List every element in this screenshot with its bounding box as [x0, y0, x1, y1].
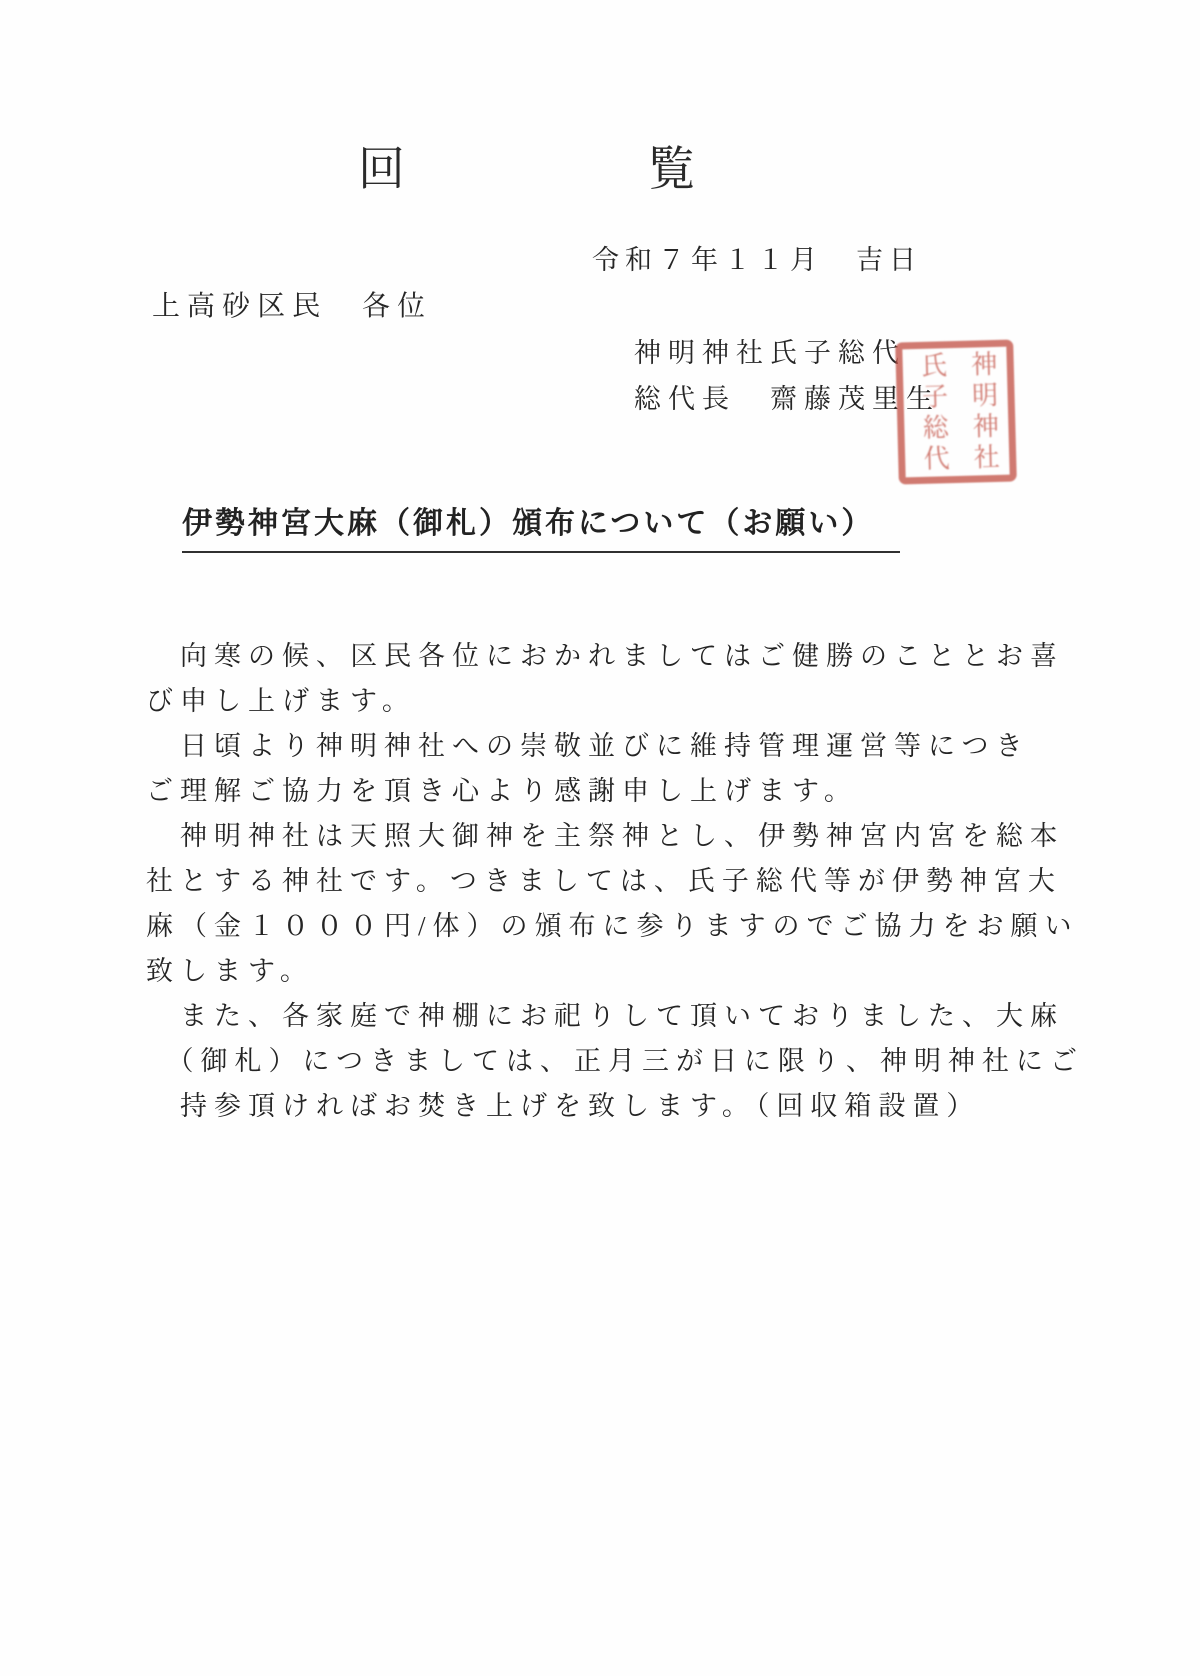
- body-line: 向寒の候、区民各位におかれましてはご健勝のこととお喜: [146, 634, 1086, 679]
- body-line: 日頃より神明神社への崇敬並びに維持管理運営等につき: [146, 724, 1086, 769]
- body-line: ご理解ご協力を頂き心より感謝申し上げます。: [146, 769, 1086, 814]
- document-title-text: 回 覧: [358, 144, 793, 196]
- body-line: 致します。: [146, 949, 1086, 994]
- sender-name: 総代長 齋藤茂里生: [634, 377, 940, 416]
- body-line: また、各家庭で神棚にお祀りして頂いておりました、大麻: [146, 994, 1086, 1039]
- subject-heading: 伊勢神宮大麻（御札）頒布について（お願い）: [182, 498, 900, 553]
- addressee-line: 上高砂区民 各位: [152, 284, 432, 324]
- scanned-circular-document: 回 覧 令和７年１１月 吉日 上高砂区民 各位 神明神社氏子総代 総代長 齋藤茂…: [0, 0, 1200, 1676]
- document-title: 回 覧: [358, 132, 793, 199]
- body-line: 麻（金１０００円/体）の頒布に参りますのでご協力をお願い: [146, 904, 1086, 949]
- date-line: 令和７年１１月 吉日: [592, 238, 922, 277]
- body-line: び申し上げます。: [146, 679, 1086, 724]
- body-line: 持参頂ければお焚き上げを致します。（回収箱設置）: [146, 1084, 1086, 1129]
- body-line: （御札）につきましては、正月三が日に限り、神明神社にご: [146, 1039, 1086, 1084]
- red-seal-stamp: 神明神社氏子総代: [895, 339, 1017, 484]
- body-text: 向寒の候、区民各位におかれましてはご健勝のこととお喜 び申し上げます。 日頃より…: [146, 634, 1086, 1129]
- body-line: 社とする神社です。つきましては、氏子総代等が伊勢神宮大: [146, 859, 1086, 904]
- seal-text: 神明神社氏子総代: [917, 350, 999, 476]
- body-line: 神明神社は天照大御神を主祭神とし、伊勢神宮内宮を総本: [146, 814, 1086, 859]
- sender-organization: 神明神社氏子総代: [634, 331, 906, 370]
